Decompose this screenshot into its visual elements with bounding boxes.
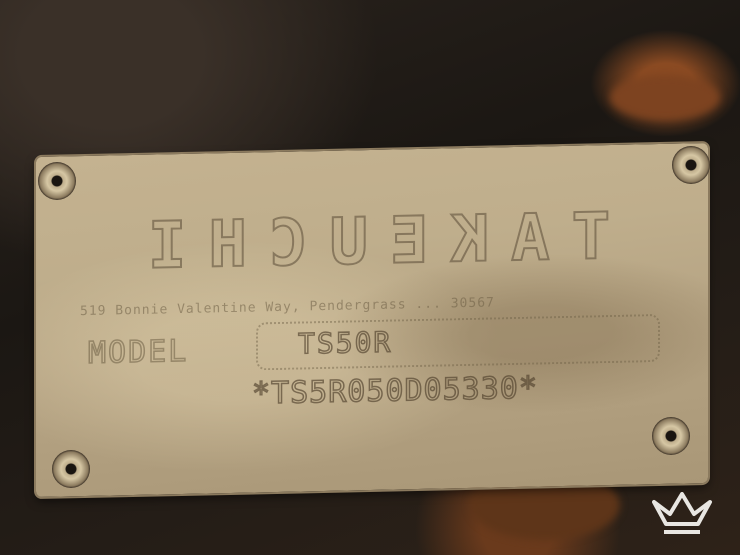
serial-number: *TS5R050D05330* bbox=[252, 371, 538, 412]
model-value: TS50R bbox=[298, 326, 392, 361]
crown-icon bbox=[650, 492, 714, 540]
brand-name: TAKEUCHI bbox=[88, 199, 648, 285]
data-plate: TAKEUCHI 519 Bonnie Valentine Way, Pende… bbox=[36, 143, 708, 497]
rust-patch bbox=[610, 75, 720, 120]
bolt-icon bbox=[672, 146, 710, 184]
bolt-icon bbox=[52, 450, 90, 488]
model-label: MODEL bbox=[88, 334, 188, 371]
bolt-icon bbox=[38, 162, 76, 200]
address-line: 519 Bonnie Valentine Way, Pendergrass ..… bbox=[80, 295, 495, 319]
bolt-icon bbox=[652, 417, 690, 455]
